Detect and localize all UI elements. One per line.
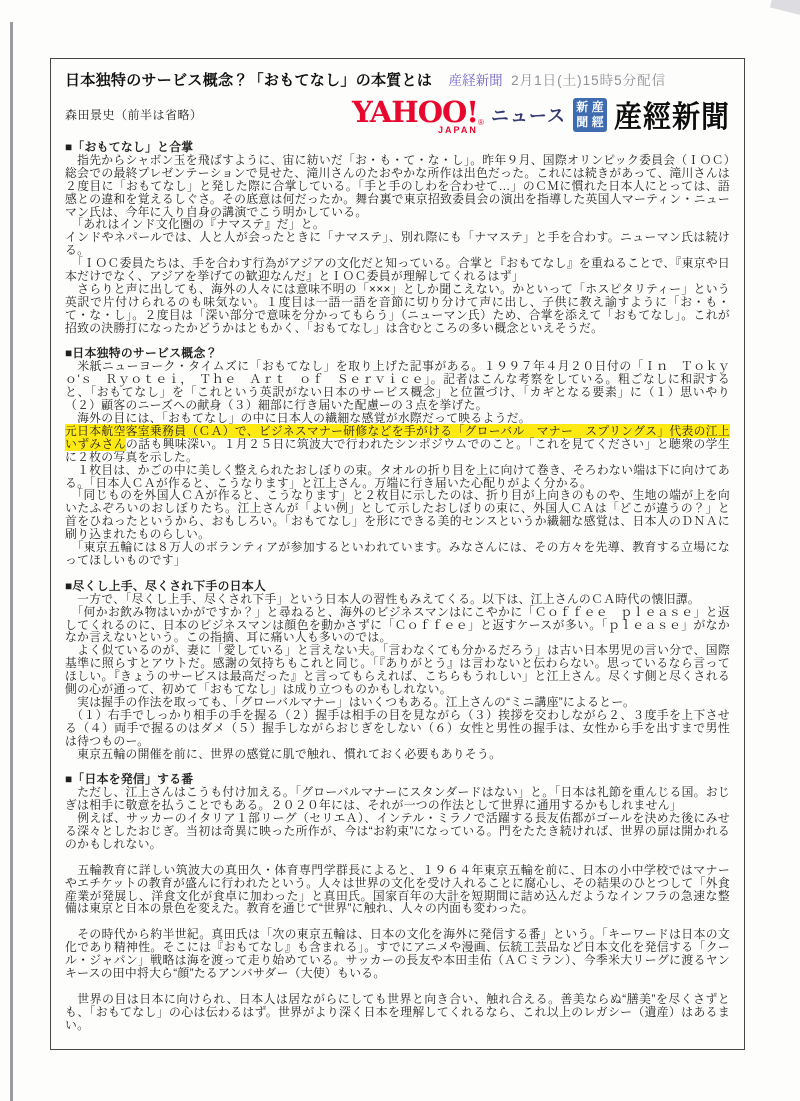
scan-edge-artifact [10, 22, 13, 1101]
sankei-seal-icon: 新 産 聞 經 [573, 98, 607, 132]
title-row: 日本独特のサービス概念？「おもてなし」の本質とは 産経新聞 2月1日(土)15時… [65, 69, 730, 90]
article-section: ■尽くし上手、尽くされ下手の日本人 一方で、「尽くし上手、尽くされ下手」という日… [65, 580, 730, 761]
paragraph-text: 「同じものを外国人ＣＡが作ると、こうなります」と２枚目に示したのは、折り目が上向… [65, 488, 730, 541]
paragraph-text: 例えば、サッカーのイタリア１部リーグ（セリエＡ）、インテル・ミラノで活躍する長友… [65, 811, 730, 851]
seal-char: 産 [590, 101, 605, 115]
paragraph: ただし、江上さんはこうも付け加える。「グローバルマナーにスタンダードはない」と。… [65, 786, 730, 812]
paragraph-text: 「あれはインド文化圏の『ナマステ』だ」と。 [65, 217, 325, 231]
scanned-page: 日本独特のサービス概念？「おもてなし」の本質とは 産経新聞 2月1日(土)15時… [0, 0, 800, 1101]
paragraph: 「何かお飲み物はいかがですか？」と尋ねると、海外のビジネスマンはにこやかに「Ｃｏ… [65, 606, 730, 645]
paragraph: インドやネパールでは、人と人が会ったときに「ナマステ」、別れ際にも「ナマステ」と… [65, 231, 730, 257]
paragraph: （１）右手でしっかり相手の手を握る（２）握手は相手の目を見ながら（３）挨拶を交わ… [65, 709, 730, 748]
seal-char: 聞 [575, 116, 590, 130]
article-body: ■「おもてなし」と合掌 指先からシャボン玉を飛ばすように、宙に紡いだ「お・も・て… [65, 141, 730, 1031]
paragraph-text: １枚目は、かごの中に美しく整えられたおしぼりの束。タオルの折り目を上に向けて巻き… [65, 463, 730, 490]
paragraph-text: 一方で、「尽くし上手、尽くされ下手」という日本人の習性もみえてくる。以下は、江上… [65, 592, 700, 606]
seal-char: 新 [575, 101, 590, 115]
registered-mark-icon: ® [478, 118, 484, 127]
paragraph: 世界の目は日本に向けられ、日本人は居ながらにしても世界と向き合い、触れ合える。善… [65, 993, 730, 1032]
paragraph-text: 指先からシャボン玉を飛ばすように、宙に紡いだ「お・も・て・な・し」。昨年９月、国… [65, 153, 730, 219]
paragraph-text: 五輪教育に詳しい筑波大の真田久・体育専門学群長によると、１９６４年東京五輪を前に… [65, 863, 730, 916]
paragraph: その時代から約半世紀。真田氏は「次の東京五輪は、日本の文化を海外に発信する番」と… [65, 928, 730, 980]
paragraph-text: ただし、江上さんはこうも付け加える。「グローバルマナーにスタンダードはない」と。… [65, 785, 730, 812]
dateline: 2月1日(土)15時5分配信 [511, 73, 666, 88]
paragraph-text: 東京五輪の開催を前に、世界の感覚に肌で触れ、慣れておく必要もありそう。 [65, 747, 501, 761]
paragraph-text: インドやネパールでは、人と人が会ったときに「ナマステ」、別れ際にも「ナマステ」と… [65, 230, 730, 257]
yahoo-wordmark: YAHOO! [352, 95, 478, 129]
paragraph-text: その時代から約半世紀。真田氏は「次の東京五輪は、日本の文化を海外に発信する番」と… [65, 927, 730, 980]
paragraph-text: よく似ているのが、妻に「愛している」と言えない夫。「言わなくても分かるだろう」は… [65, 643, 730, 696]
scan-corner-artifact [770, 0, 800, 16]
paragraph-text: の話も興味深い。１月２５日に筑波大で行われたシンポジウムでのこと。「これを見てく… [65, 437, 730, 464]
article-title: 日本独特のサービス概念？「おもてなし」の本質とは [65, 72, 432, 89]
paragraph: 例えば、サッカーのイタリア１部リーグ（セリエＡ）、インテル・ミラノで活躍する長友… [65, 812, 730, 851]
paragraph-text: 米紙ニューヨーク・タイムズに「おもてなし」を取り上げた記事がある。１９９７年４月… [65, 359, 730, 412]
paragraph: よく似ているのが、妻に「愛している」と言えない夫。「言わなくても分かるだろう」は… [65, 644, 730, 696]
paragraph-text: さらりと声に出しても、海外の人々には意味不明の「×××」としか聞こえない。かとい… [65, 282, 730, 335]
yahoo-japan-logo: YAHOO!® JAPAN [352, 98, 484, 133]
article-section: ■日本独特のサービス概念？ 米紙ニューヨーク・タイムズに「おもてなし」を取り上げ… [65, 347, 730, 566]
paragraph-text: 世界の目は日本に向けられ、日本人は居ながらにしても世界と向き合い、触れ合える。善… [65, 992, 730, 1032]
paragraph: １枚目は、かごの中に美しく整えられたおしぼりの束。タオルの折り目を上に向けて巻き… [65, 464, 730, 490]
source-name: 産経新聞 [449, 73, 503, 88]
seal-char: 經 [590, 116, 605, 130]
paragraph-text: 海外の目には、「おもてなし」の中に日本人の繊細な感覚が水際だって映るようだ。 [65, 411, 531, 425]
paragraph: 指先からシャボン玉を飛ばすように、宙に紡いだ「お・も・て・な・し」。昨年９月、国… [65, 154, 730, 219]
article-header: 日本独特のサービス概念？「おもてなし」の本質とは 産経新聞 2月1日(土)15時… [65, 69, 730, 141]
paragraph-text: 実は握手の作法を取っても、「グローバルマナー」はいくつもある。江上さんの“ミニ講… [65, 695, 635, 709]
paragraph: 「東京五輪には８万人のボランティアが参加するといわれています。みなさんには、その… [65, 541, 730, 567]
article-section: ■「おもてなし」と合掌 指先からシャボン玉を飛ばすように、宙に紡いだ「お・も・て… [65, 141, 730, 335]
paragraph-text: （１）右手でしっかり相手の手を握る（２）握手は相手の目を見ながら（３）挨拶を交わ… [65, 708, 730, 748]
paragraph: 海外の目には、「おもてなし」の中に日本人の繊細な感覚が水際だって映るようだ。 [65, 412, 730, 425]
paragraph-text: 「東京五輪には８万人のボランティアが参加するといわれています。みなさんには、その… [65, 540, 730, 567]
article-frame: 日本独特のサービス概念？「おもてなし」の本質とは 産経新聞 2月1日(土)15時… [50, 58, 745, 1050]
paragraph: 東京五輪の開催を前に、世界の感覚に肌で触れ、慣れておく必要もありそう。 [65, 748, 730, 761]
paragraph: 元日本航空客室乗務員（ＣＡ）で、ビジネスマナー研修などを手がける「グローバル マ… [65, 425, 730, 464]
paragraph: 五輪教育に詳しい筑波大の真田久・体育専門学群長によると、１９６４年東京五輪を前に… [65, 864, 730, 916]
yahoo-japan-label: JAPAN [438, 125, 478, 135]
logo-row: YAHOO!® JAPAN ニュース 新 産 聞 經 産經新聞 [352, 95, 730, 135]
sankei-shimbun-logo: 産經新聞 [614, 93, 730, 136]
paragraph-text: 「何かお飲み物はいかがですか？」と尋ねると、海外のビジネスマンはにこやかに「Ｃｏ… [65, 605, 730, 645]
paragraph-text: 「ＩＯＣ委員たちは、手を合わす行為がアジアの文化だと知っている。合掌と『おもてな… [65, 256, 730, 283]
yahoo-news-label: ニュース [491, 102, 566, 128]
paragraph: さらりと声に出しても、海外の人々には意味不明の「×××」としか聞こえない。かとい… [65, 283, 730, 335]
paragraph: 「ＩＯＣ委員たちは、手を合わす行為がアジアの文化だと知っている。合掌と『おもてな… [65, 257, 730, 283]
paragraph: 米紙ニューヨーク・タイムズに「おもてなし」を取り上げた記事がある。１９９７年４月… [65, 360, 730, 412]
article-section: ■「日本を発信」する番 ただし、江上さんはこうも付け加える。「グローバルマナーに… [65, 773, 730, 1031]
paragraph: 「同じものを外国人ＣＡが作ると、こうなります」と２枚目に示したのは、折り目が上向… [65, 489, 730, 541]
